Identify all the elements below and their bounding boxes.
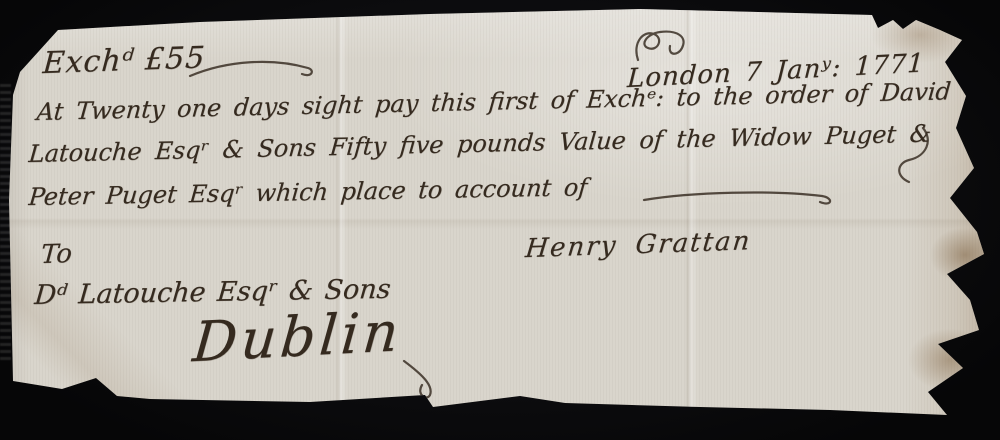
address-to-label: To (40, 239, 73, 270)
flourish-after-account-of (642, 188, 842, 212)
flourish-city-tail (400, 355, 452, 403)
exchange-amount-note: Exchᵈ £55 (42, 40, 207, 81)
body-line-2: Latouche Esqʳ & Sons Fifty five pounds V… (28, 120, 933, 169)
photo-backdrop: Exchᵈ £55 London 7 Janʸ: 1771 At Twenty … (0, 0, 1000, 440)
signature: Henry Grattan (524, 226, 753, 264)
body-line-3: Peter Puget Esqʳ which place to account … (28, 173, 589, 211)
flourish-after-amount (188, 56, 318, 84)
addressee-city: Dublin (190, 299, 405, 374)
document-paper: Exchᵈ £55 London 7 Janʸ: 1771 At Twenty … (0, 0, 1000, 440)
edge-watermark (0, 80, 11, 360)
body-line-1: At Twenty one days sight pay this first … (36, 77, 952, 126)
